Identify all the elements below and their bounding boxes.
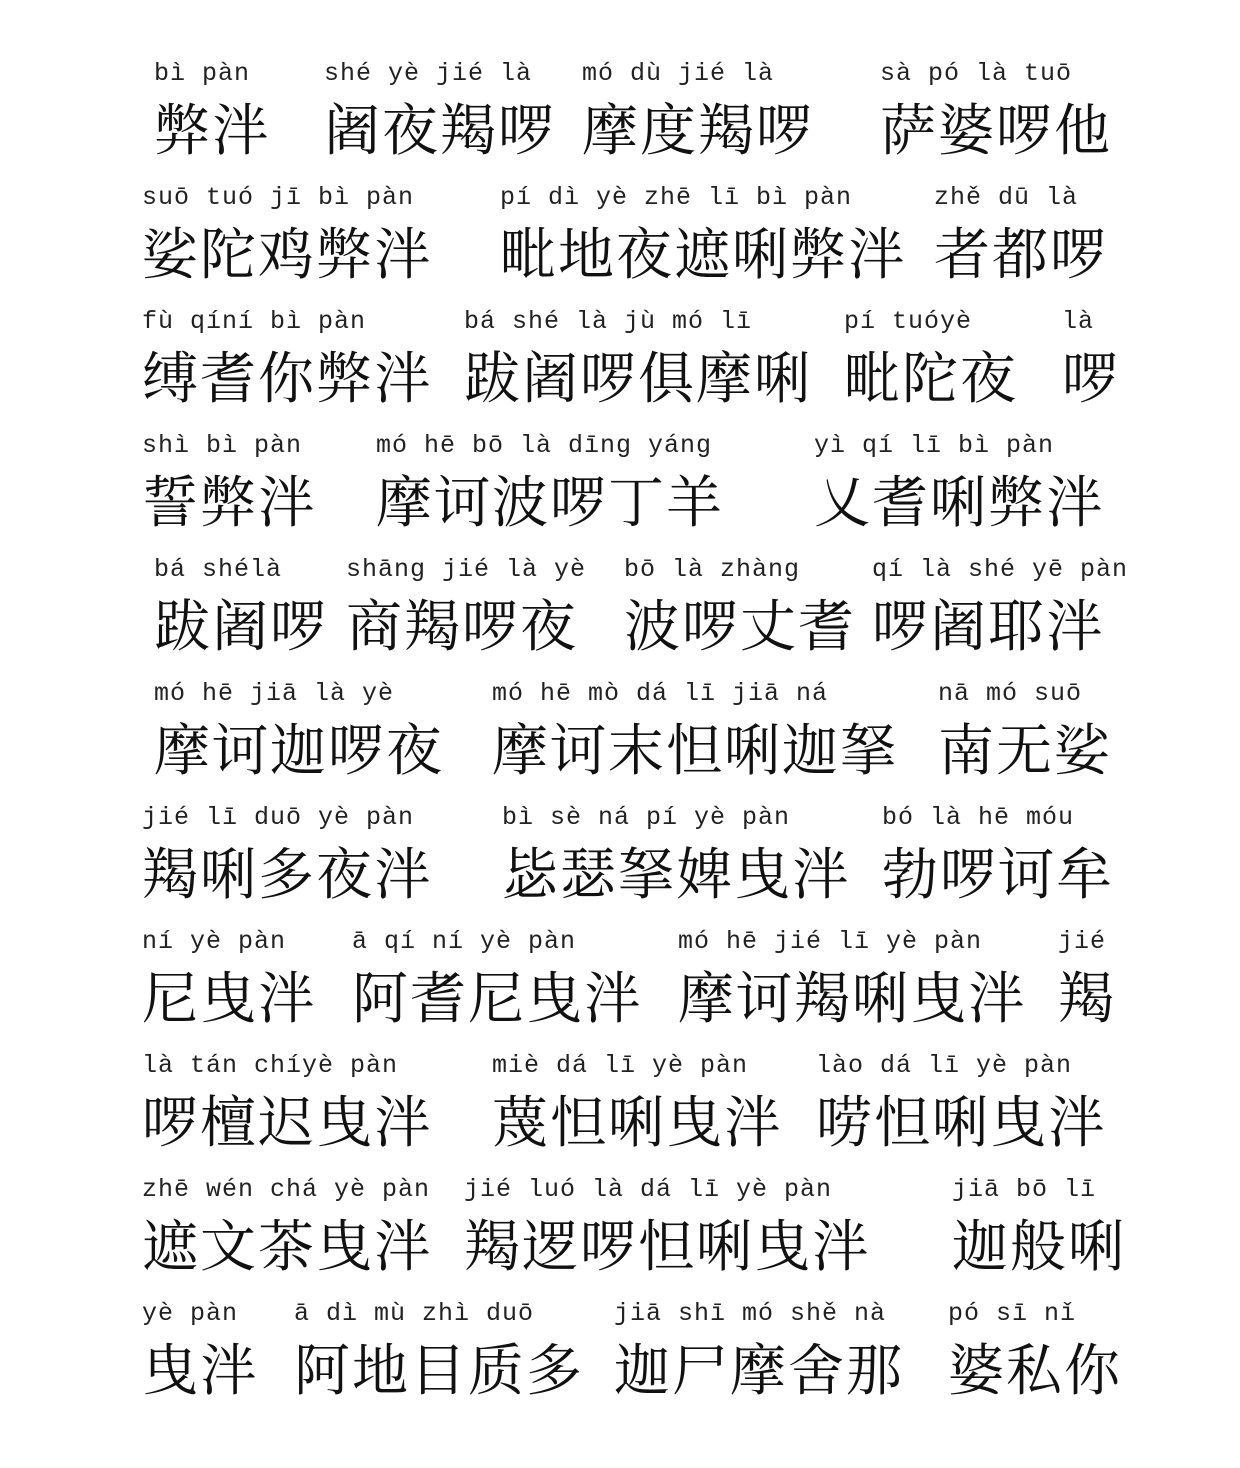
pinyin-group: mó hē jié lī yè pàn — [678, 924, 982, 960]
pinyin-group: bì pàn — [154, 56, 250, 92]
hanzi-group: 南无娑 — [938, 712, 1112, 792]
stanza: mó hē jiā là yèmó hē mò dá lī jiā nánā m… — [142, 676, 1112, 800]
pinyin-group: fù qíní bì pàn — [142, 304, 366, 340]
pinyin-group: nā mó suō — [938, 676, 1082, 712]
hanzi-line: 誓弊泮摩诃波啰丁羊乂耆唎弊泮 — [142, 464, 1112, 544]
hanzi-group: 摩度羯啰 — [582, 92, 814, 172]
hanzi-group: 弊泮 — [154, 92, 270, 172]
pinyin-group: là — [1062, 304, 1094, 340]
pinyin-group: yè pàn — [142, 1296, 238, 1332]
pinyin-group: sà pó là tuō — [880, 56, 1072, 92]
pinyin-group: bó là hē móu — [882, 800, 1074, 836]
hanzi-group: 毖瑟拏婢曳泮 — [502, 836, 850, 916]
hanzi-group: 摩诃波啰丁羊 — [376, 464, 724, 544]
hanzi-line: 遮文茶曳泮羯逻啰怛唎曳泮迦般唎 — [142, 1208, 1112, 1288]
stanza: zhē wén chá yè pànjié luó là dá lī yè pà… — [142, 1172, 1112, 1296]
pinyin-line: yè pànā dì mù zhì duōjiā shī mó shě nàpó… — [142, 1296, 1112, 1332]
hanzi-line: 尼曳泮阿耆尼曳泮摩诃羯唎曳泮羯 — [142, 960, 1112, 1040]
pinyin-group: là tán chíyè pàn — [142, 1048, 398, 1084]
pinyin-group: shé yè jié là — [324, 56, 532, 92]
hanzi-group: 毗地夜遮唎弊泮 — [500, 216, 906, 296]
hanzi-group: 商羯啰夜 — [346, 588, 578, 668]
pinyin-group: jié — [1058, 924, 1106, 960]
pinyin-group: bō là zhàng — [624, 552, 800, 588]
hanzi-group: 乂耆唎弊泮 — [814, 464, 1104, 544]
hanzi-group: 啰檀迟曳泮 — [142, 1084, 432, 1164]
pinyin-group: jiā shī mó shě nà — [614, 1296, 886, 1332]
hanzi-group: 娑陀鸡弊泮 — [142, 216, 432, 296]
pinyin-group: mó hē mò dá lī jiā ná — [492, 676, 828, 712]
hanzi-group: 阿耆尼曳泮 — [352, 960, 642, 1040]
stanza: yè pànā dì mù zhì duōjiā shī mó shě nàpó… — [142, 1296, 1112, 1420]
pinyin-group: suō tuó jī bì pàn — [142, 180, 414, 216]
hanzi-line: 弊泮阇夜羯啰摩度羯啰萨婆啰他 — [142, 92, 1112, 172]
stanza: là tán chíyè pànmiè dá lī yè pànlào dá l… — [142, 1048, 1112, 1172]
hanzi-group: 尼曳泮 — [142, 960, 316, 1040]
hanzi-group: 曳泮 — [142, 1332, 258, 1412]
hanzi-group: 摩诃迦啰夜 — [154, 712, 444, 792]
pinyin-group: shì bì pàn — [142, 428, 302, 464]
pinyin-line: là tán chíyè pànmiè dá lī yè pànlào dá l… — [142, 1048, 1112, 1084]
hanzi-group: 婆私你 — [948, 1332, 1122, 1412]
pinyin-line: bì pànshé yè jié làmó dù jié làsà pó là … — [142, 56, 1112, 92]
hanzi-line: 啰檀迟曳泮蔑怛唎曳泮唠怛唎曳泮 — [142, 1084, 1112, 1164]
mantra-document: bì pànshé yè jié làmó dù jié làsà pó là … — [142, 56, 1112, 1420]
hanzi-group: 羯逻啰怛唎曳泮 — [464, 1208, 870, 1288]
hanzi-line: 曳泮阿地目质多迦尸摩舍那婆私你 — [142, 1332, 1112, 1412]
hanzi-group: 阿地目质多 — [294, 1332, 584, 1412]
hanzi-group: 啰 — [1062, 340, 1120, 420]
pinyin-line: shì bì pànmó hē bō là dīng yángyì qí lī … — [142, 428, 1112, 464]
hanzi-line: 缚耆你弊泮跋阇啰俱摩唎毗陀夜啰 — [142, 340, 1112, 420]
hanzi-group: 蔑怛唎曳泮 — [492, 1084, 782, 1164]
hanzi-line: 跋阇啰商羯啰夜波啰丈耆啰阇耶泮 — [142, 588, 1112, 668]
pinyin-group: mó hē bō là dīng yáng — [376, 428, 712, 464]
stanza: jié lī duō yè pànbì sè ná pí yè pànbó là… — [142, 800, 1112, 924]
hanzi-group: 缚耆你弊泮 — [142, 340, 432, 420]
pinyin-group: lào dá lī yè pàn — [816, 1048, 1072, 1084]
pinyin-group: pí dì yè zhē lī bì pàn — [500, 180, 852, 216]
hanzi-group: 勃啰诃牟 — [882, 836, 1114, 916]
pinyin-group: jié luó là dá lī yè pàn — [464, 1172, 832, 1208]
pinyin-line: jié lī duō yè pànbì sè ná pí yè pànbó là… — [142, 800, 1112, 836]
pinyin-group: jié lī duō yè pàn — [142, 800, 414, 836]
stanza: fù qíní bì pànbá shé là jù mó līpí tuóyè… — [142, 304, 1112, 428]
pinyin-group: bá shélà — [154, 552, 282, 588]
pinyin-group: ní yè pàn — [142, 924, 286, 960]
stanza: suō tuó jī bì pànpí dì yè zhē lī bì pànz… — [142, 180, 1112, 304]
hanzi-group: 波啰丈耆 — [624, 588, 856, 668]
hanzi-group: 遮文茶曳泮 — [142, 1208, 432, 1288]
pinyin-group: shāng jié là yè — [346, 552, 586, 588]
hanzi-group: 跋阇啰俱摩唎 — [464, 340, 812, 420]
pinyin-group: bá shé là jù mó lī — [464, 304, 752, 340]
hanzi-group: 羯 — [1058, 960, 1116, 1040]
stanza: bá shélàshāng jié là yèbō là zhàngqí là … — [142, 552, 1112, 676]
hanzi-group: 跋阇啰 — [154, 588, 328, 668]
pinyin-group: zhē wén chá yè pàn — [142, 1172, 430, 1208]
hanzi-group: 啰阇耶泮 — [872, 588, 1104, 668]
hanzi-group: 迦般唎 — [952, 1208, 1126, 1288]
hanzi-group: 摩诃末怛唎迦拏 — [492, 712, 898, 792]
pinyin-line: fù qíní bì pànbá shé là jù mó līpí tuóyè… — [142, 304, 1112, 340]
hanzi-line: 摩诃迦啰夜摩诃末怛唎迦拏南无娑 — [142, 712, 1112, 792]
pinyin-line: mó hē jiā là yèmó hē mò dá lī jiā nánā m… — [142, 676, 1112, 712]
hanzi-group: 摩诃羯唎曳泮 — [678, 960, 1026, 1040]
pinyin-group: miè dá lī yè pàn — [492, 1048, 748, 1084]
hanzi-group: 羯唎多夜泮 — [142, 836, 432, 916]
pinyin-group: pí tuóyè — [844, 304, 972, 340]
pinyin-group: qí là shé yē pàn — [872, 552, 1128, 588]
pinyin-line: bá shélàshāng jié là yèbō là zhàngqí là … — [142, 552, 1112, 588]
pinyin-group: pó sī nǐ — [948, 1296, 1076, 1332]
pinyin-group: bì sè ná pí yè pàn — [502, 800, 790, 836]
stanza: ní yè pànā qí ní yè pànmó hē jié lī yè p… — [142, 924, 1112, 1048]
pinyin-line: ní yè pànā qí ní yè pànmó hē jié lī yè p… — [142, 924, 1112, 960]
hanzi-line: 娑陀鸡弊泮毗地夜遮唎弊泮者都啰 — [142, 216, 1112, 296]
pinyin-group: ā dì mù zhì duō — [294, 1296, 534, 1332]
pinyin-group: mó dù jié là — [582, 56, 774, 92]
hanzi-line: 羯唎多夜泮毖瑟拏婢曳泮勃啰诃牟 — [142, 836, 1112, 916]
pinyin-group: yì qí lī bì pàn — [814, 428, 1054, 464]
hanzi-group: 唠怛唎曳泮 — [816, 1084, 1106, 1164]
hanzi-group: 誓弊泮 — [142, 464, 316, 544]
pinyin-group: ā qí ní yè pàn — [352, 924, 576, 960]
stanza: bì pànshé yè jié làmó dù jié làsà pó là … — [142, 56, 1112, 180]
hanzi-group: 毗陀夜 — [844, 340, 1018, 420]
pinyin-line: zhē wén chá yè pànjié luó là dá lī yè pà… — [142, 1172, 1112, 1208]
pinyin-group: mó hē jiā là yè — [154, 676, 394, 712]
hanzi-group: 者都啰 — [934, 216, 1108, 296]
pinyin-line: suō tuó jī bì pànpí dì yè zhē lī bì pànz… — [142, 180, 1112, 216]
pinyin-group: jiā bō lī — [952, 1172, 1096, 1208]
pinyin-group: zhě dū là — [934, 180, 1078, 216]
hanzi-group: 萨婆啰他 — [880, 92, 1112, 172]
hanzi-group: 阇夜羯啰 — [324, 92, 556, 172]
hanzi-group: 迦尸摩舍那 — [614, 1332, 904, 1412]
stanza: shì bì pànmó hē bō là dīng yángyì qí lī … — [142, 428, 1112, 552]
